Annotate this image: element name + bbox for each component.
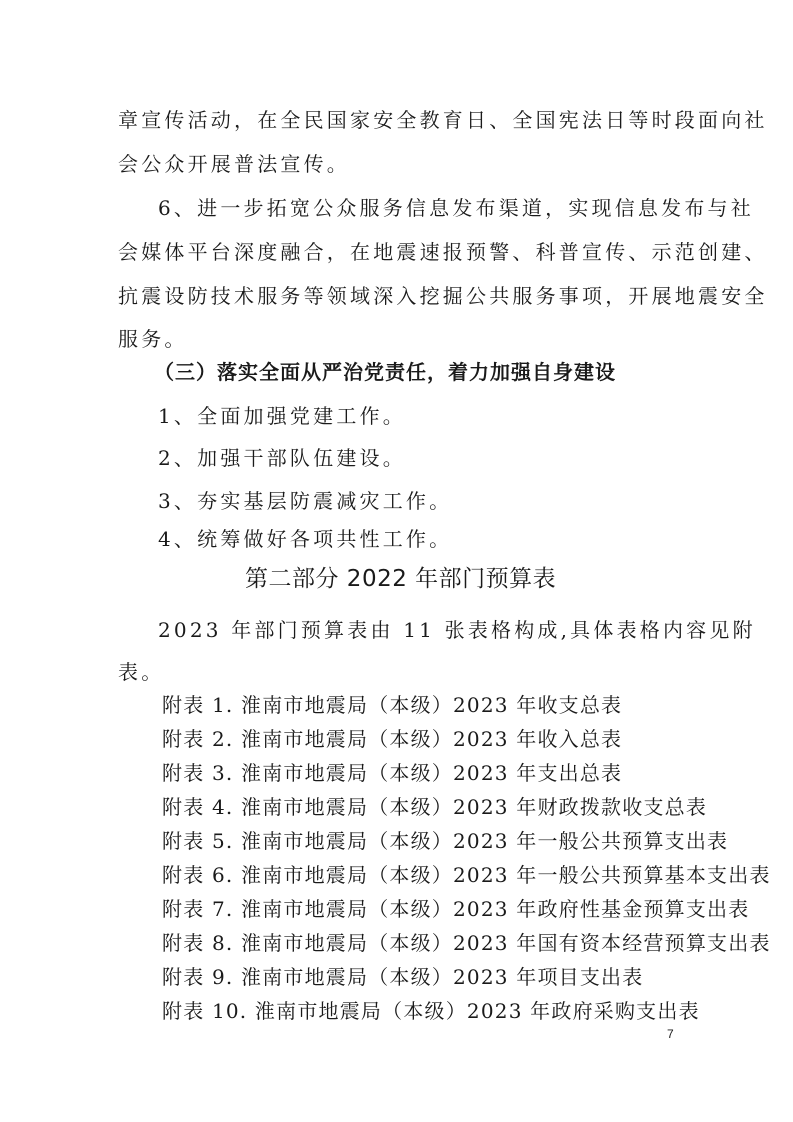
paragraph-line: 会公众开展普法宣传。 <box>118 148 350 177</box>
attachment-item: 附表 2. 淮南市地震局（本级）2023 年收入总表 <box>162 723 622 752</box>
list-item: 3、夯实基层防震减灾工作。 <box>158 485 452 514</box>
paragraph-line: 章宣传活动，在全民国家安全教育日、全国宪法日等时段面向社 <box>118 104 768 133</box>
list-item: 4、统筹做好各项共性工作。 <box>158 523 452 552</box>
list-item: 2、加强干部队伍建设。 <box>158 442 406 471</box>
attachment-item: 附表 5. 淮南市地震局（本级）2023 年一般公共预算支出表 <box>162 825 728 854</box>
paragraph-line: 6、进一步拓宽公众服务信息发布渠道，实现信息发布与社 <box>158 192 754 221</box>
list-item: 1、全面加强党建工作。 <box>158 400 406 429</box>
attachment-item: 附表 7. 淮南市地震局（本级）2023 年政府性基金预算支出表 <box>162 893 749 922</box>
section-heading: （三）落实全面从严治党责任，着力加强自身建设 <box>154 356 616 385</box>
paragraph-line: 服务。 <box>118 323 188 352</box>
attachment-item: 附表 9. 淮南市地震局（本级）2023 年项目支出表 <box>162 961 643 990</box>
attachment-item: 附表 6. 淮南市地震局（本级）2023 年一般公共预算基本支出表 <box>162 859 771 888</box>
paragraph-line: 会媒体平台深度融合，在地震速报预警、科普宣传、示范创建、 <box>118 236 768 265</box>
attachment-item: 附表 1. 淮南市地震局（本级）2023 年收支总表 <box>162 689 622 718</box>
attachment-item: 附表 10. 淮南市地震局（本级）2023 年政府采购支出表 <box>162 995 700 1024</box>
attachment-item: 附表 4. 淮南市地震局（本级）2023 年财政拨款收支总表 <box>162 791 707 820</box>
attachment-item: 附表 8. 淮南市地震局（本级）2023 年国有资本经营预算支出表 <box>162 927 771 956</box>
paragraph-line: 表。 <box>118 656 164 685</box>
paragraph-line: 2023 年部门预算表由 11 张表格构成,具体表格内容见附 <box>158 614 756 643</box>
attachment-item: 附表 3. 淮南市地震局（本级）2023 年支出总表 <box>162 757 622 786</box>
page-number: 7 <box>667 1027 674 1041</box>
part-title: 第二部分 2022 年部门预算表 <box>245 560 556 593</box>
paragraph-line: 抗震设防技术服务等领域深入挖掘公共服务事项，开展地震安全 <box>118 280 768 309</box>
